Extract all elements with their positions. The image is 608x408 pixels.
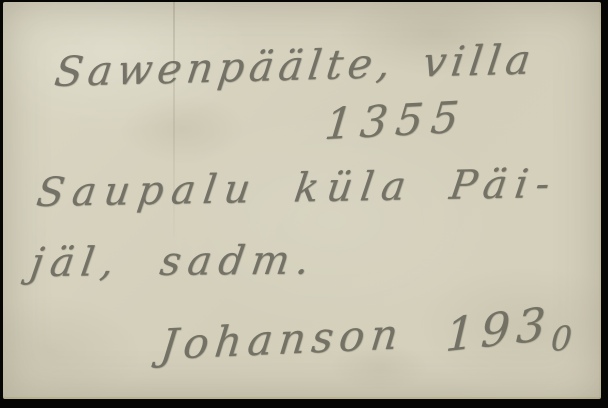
year-last-digit: 0 [550, 317, 579, 359]
scanned-photo-back: Sawenpäälte, villa 1355 Saupalu küla Päi… [0, 0, 608, 408]
signature-name: Johanson [158, 309, 407, 369]
handwriting-line-place: Sawenpäälte, villa [52, 35, 538, 96]
signature-year: 1930 [444, 293, 580, 362]
handwriting-line-village: Saupalu küla Päi- [34, 161, 561, 216]
handwriting-line-harbor: jäl, sadm. [28, 237, 320, 286]
handwriting-line-number: 1355 [322, 92, 469, 150]
card-paper: Sawenpäälte, villa 1355 Saupalu küla Päi… [3, 2, 601, 399]
year-digits: 193 [444, 296, 553, 362]
handwriting-signature-line: Johanson 1930 [158, 298, 581, 371]
